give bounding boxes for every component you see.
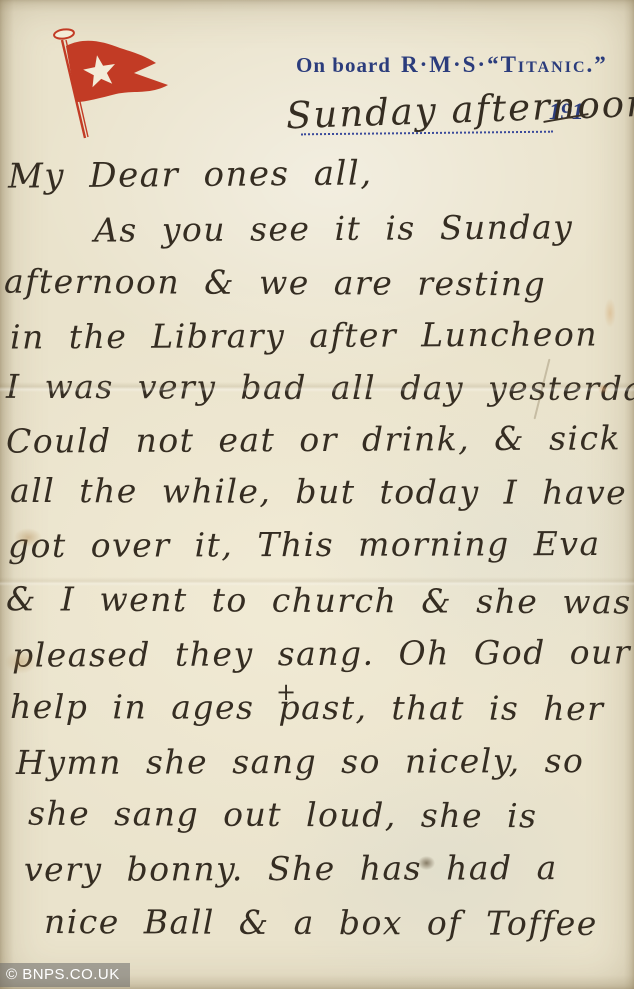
paper-stain [418,856,435,870]
letter-line: very bonny. She has had a [24,851,558,886]
paper-crease [0,382,634,392]
letter-line: Hymn she sang so nicely, so [16,744,584,779]
letter-line: help in ages past, that is her [10,690,605,725]
letter-line: got over it, This morning Eva [8,527,601,562]
letter-line: nice Ball & a box of Toffee [44,905,598,940]
paper-crease [0,577,634,586]
letter-line: & I went to church & she was so [6,582,634,619]
letter-line: As you see it is Sunday [94,210,574,246]
paper-stain [5,650,37,674]
letter-line: pleased they sang. Oh God our [12,635,631,671]
handwritten-date: Sunday afternoon [285,82,634,138]
salutation: My Dear ones all, [8,156,373,193]
paper-stain [598,384,608,394]
insertion-mark: + [276,678,296,706]
letter-line: Could not eat or drink, & sick [6,421,621,457]
titanic-letter-photo: On boardR·M·S·“Titanic.” 191 Sunday afte… [0,0,634,989]
letterhead-ship-name: R·M·S·“Titanic.” [401,52,608,77]
white-star-line-burgee-icon [28,24,180,156]
letter-line: afternoon & we are resting [4,265,546,301]
letter-line: all the while, but today I have [10,474,627,509]
letterhead-prefix: On board [296,53,391,77]
letterhead-title: On boardR·M·S·“Titanic.” [296,52,608,78]
paper-stain [604,298,616,328]
letter-line: she sang out loud, she is [28,797,538,833]
paper-stain [14,528,42,547]
letter-line: in the Library after Luncheon [10,317,598,353]
photo-credit-watermark: © BNPS.CO.UK [0,963,130,987]
